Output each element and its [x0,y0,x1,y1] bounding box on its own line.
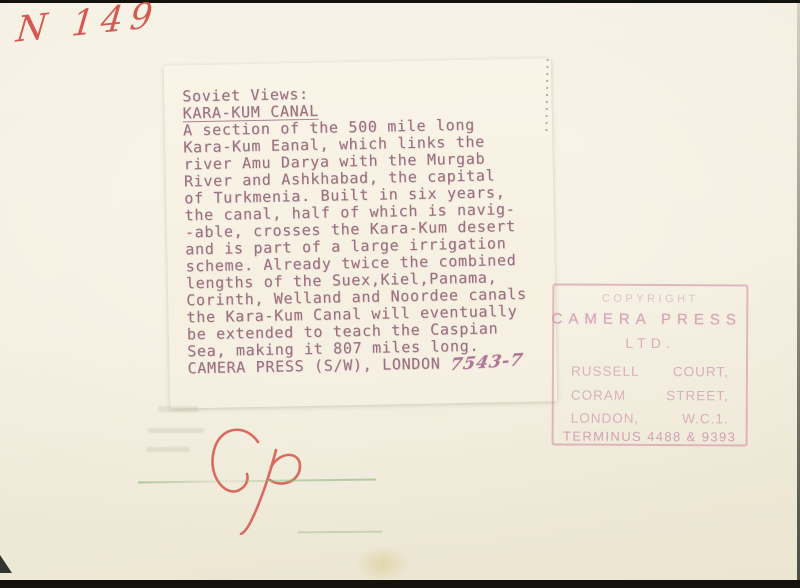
stamp-phone-line: TERMINUS 4488 & 9393 [554,429,746,443]
stamp-address-line: RUSSELL COURT, [554,364,746,379]
stamp-ltd-line: LTD. [554,335,746,350]
handwritten-cp-initials [196,420,381,535]
handwritten-catalog-number: N 149 [14,0,161,51]
photo-back-paper: N 149 Soviet Views: KARA-KUM CANAL A sec… [0,3,800,580]
stamp-company-line: CAMERA PRESS [547,311,746,327]
faded-stamp-remnant [146,402,208,472]
cp-initials-strokes [196,420,381,535]
caption-text-block: Soviet Views: KARA-KUM CANAL A section o… [164,58,557,377]
stamp-address-line: CORAM STREET, [554,388,746,403]
print-corner-shadow [0,555,12,573]
typed-caption-slip: Soviet Views: KARA-KUM CANAL A section o… [164,58,558,408]
copyright-rubber-stamp: COPYRIGHT CAMERA PRESS LTD. RUSSELL COUR… [552,283,749,446]
photo-back-scan: { "annotations": { "catalog_number": "N … [0,0,800,588]
handwritten-photo-number: 7543-7 [449,352,525,374]
yellow-stain [356,546,410,582]
agency-credit: CAMERA PRESS (S/W), LONDON [187,354,440,377]
stamp-address-line: LONDON, W.C.1. [554,411,746,426]
stamp-copyright-line: COPYRIGHT [554,293,746,305]
